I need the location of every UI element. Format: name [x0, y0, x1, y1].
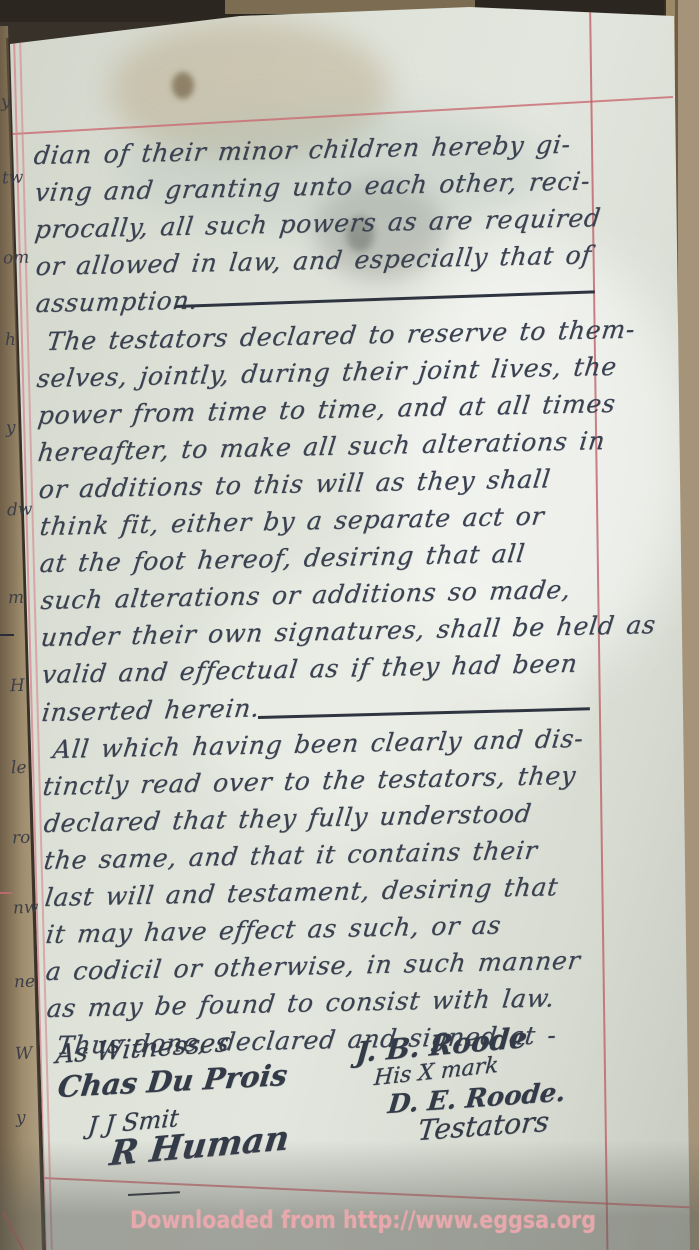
margin-handwriting-fragment: ro — [12, 828, 31, 849]
margin-handwriting-fragment: y — [16, 1108, 26, 1128]
handwritten-line: as may be found to consist with law. — [45, 984, 556, 1024]
handwritten-line: it may have effect as such, or as — [44, 911, 503, 950]
handwritten-line: last will and testament, desiring that — [43, 872, 560, 912]
handwritten-line: the same, and that it contains their — [43, 836, 540, 875]
margin-handwriting-fragment: nw — [13, 898, 39, 919]
paper-stain-spot — [172, 72, 194, 99]
handwritten-line: a codicil or otherwise, in such manner — [44, 946, 582, 986]
scanned-document-photo: dian of their minor children hereby gi-v… — [0, 0, 699, 1250]
handwritten-line: declared that they fully understood — [42, 799, 533, 838]
margin-handwriting-fragment: H — [9, 676, 25, 697]
watermark-text: Downloaded from http://www.eggsa.org — [130, 1206, 596, 1234]
margin-ink-rule-fragment — [0, 634, 14, 636]
margin-handwriting-fragment: y — [1, 92, 11, 112]
margin-handwriting-fragment: om — [3, 248, 30, 269]
margin-handwriting-fragment: dw — [7, 500, 33, 521]
margin-handwriting-fragment: ne — [14, 972, 36, 993]
margin-handwriting-fragment: m — [8, 588, 25, 609]
handwritten-line: assumption. — [34, 286, 200, 318]
margin-handwriting-fragment: h — [4, 330, 16, 350]
margin-handwriting-fragment: tw — [2, 168, 24, 189]
handwritten-line: inserted herein. — [41, 693, 262, 727]
margin-red-rule-fragment — [0, 892, 12, 894]
margin-handwriting-fragment: le — [11, 758, 27, 779]
margin-handwriting-fragment: W — [15, 1044, 33, 1065]
will-page: dian of their minor children hereby gi-v… — [0, 0, 699, 1250]
margin-handwriting-fragment: y — [6, 418, 16, 438]
